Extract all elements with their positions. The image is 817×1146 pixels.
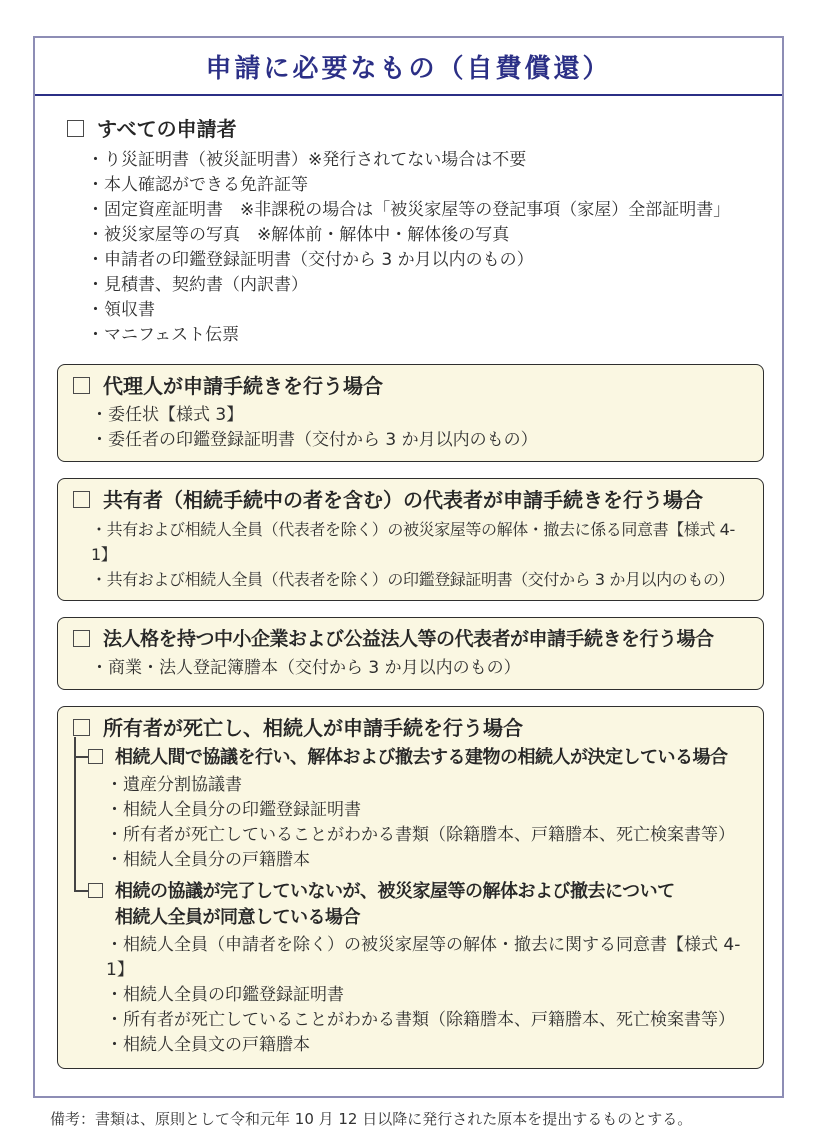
list-item: ・申請者の印鑑登録証明書（交付から 3 か月以内のもの）	[87, 248, 758, 273]
document-frame: 申請に必要なもの（自費償還） すべての申請者 ・り災証明書（被災証明書）※発行さ…	[33, 36, 784, 1098]
list-item: ・所有者が死亡していることがわかる書類（除籍謄本、戸籍謄本、死亡検案書等）	[106, 823, 749, 848]
list-item: ・相続人全員の印鑑登録証明書	[106, 983, 749, 1008]
checkbox-icon	[88, 749, 103, 764]
section-co-owners-header: 共有者（相続手続中の者を含む）の代表者が申請手続きを行う場合	[73, 487, 749, 513]
checkbox-icon	[88, 883, 103, 898]
section-heading: 所有者が死亡し、相続人が申請手続を行う場合	[103, 715, 523, 741]
section-heading: 代理人が申請手続きを行う場合	[103, 373, 383, 399]
list-item: ・相続人全員（申請者を除く）の被災家屋等の解体・撤去に関する同意書【様式 4-1…	[106, 933, 749, 983]
checkbox-icon	[67, 120, 84, 137]
subsection-heirs-consent: 相続の協議が完了していないが、被災家屋等の解体および撤去について 相続人全員が同…	[88, 879, 749, 1058]
list-item: ・委任者の印鑑登録証明書（交付から 3 か月以内のもの）	[91, 428, 749, 453]
list-item: ・見積書、契約書（内訳書）	[87, 273, 758, 298]
section-deceased-owner: 所有者が死亡し、相続人が申請手続を行う場合 相続人間で協議を行い、解体および撤去…	[57, 706, 764, 1069]
subsection-heirs-consent-header: 相続の協議が完了していないが、被災家屋等の解体および撤去について 相続人全員が同…	[88, 879, 749, 931]
list-item: ・相続人全員分の印鑑登録証明書	[106, 798, 749, 823]
list-item: ・マニフェスト伝票	[87, 323, 758, 348]
list-item: ・委任状【様式 3】	[91, 403, 749, 428]
tree-connector-branch	[74, 890, 88, 892]
list-item: ・領収書	[87, 298, 758, 323]
section-deceased-header: 所有者が死亡し、相続人が申請手続を行う場合	[73, 715, 749, 741]
list-item: ・本人確認ができる免許証等	[87, 173, 758, 198]
tree-connector-branch	[74, 756, 88, 758]
section-agent-header: 代理人が申請手続きを行う場合	[73, 373, 749, 399]
agent-list: ・委任状【様式 3】 ・委任者の印鑑登録証明書（交付から 3 か月以内のもの）	[91, 403, 749, 453]
section-heading: すべての申請者	[97, 116, 237, 142]
checkbox-icon	[73, 377, 90, 394]
list-item: ・共有および相続人全員（代表者を除く）の被災家屋等の解体・撤去に係る同意書【様式…	[91, 517, 749, 567]
section-agent: 代理人が申請手続きを行う場合 ・委任状【様式 3】 ・委任者の印鑑登録証明書（交…	[57, 364, 764, 462]
list-item: ・被災家屋等の写真 ※解体前・解体中・解体後の写真	[87, 223, 758, 248]
list-item: ・固定資産証明書 ※非課税の場合は「被災家屋等の登記事項（家屋）全部証明書」	[87, 198, 758, 223]
section-heading: 共有者（相続手続中の者を含む）の代表者が申請手続きを行う場合	[103, 487, 703, 513]
section-heading: 法人格を持つ中小企業および公益法人等の代表者が申請手続きを行う場合	[103, 626, 714, 652]
tree-connector-vertical	[74, 737, 76, 890]
section-all-applicants-header: すべての申請者	[67, 116, 758, 142]
section-corporation: 法人格を持つ中小企業および公益法人等の代表者が申請手続きを行う場合 ・商業・法人…	[57, 617, 764, 690]
subsection-heading: 相続の協議が完了していないが、被災家屋等の解体および撤去について 相続人全員が同…	[115, 879, 675, 931]
list-item: ・相続人全員分の戸籍謄本	[106, 848, 749, 873]
remark-note: 備考：書類は、原則として令和元年 10 月 12 日以降に発行された原本を提出す…	[50, 1109, 766, 1130]
corporation-list: ・商業・法人登記簿謄本（交付から 3 か月以内のもの）	[91, 656, 749, 681]
subsection-heading-line1: 相続の協議が完了していないが、被災家屋等の解体および撤去について	[115, 881, 675, 902]
list-item: ・り災証明書（被災証明書）※発行されてない場合は不要	[87, 148, 758, 173]
section-all-applicants: すべての申請者 ・り災証明書（被災証明書）※発行されてない場合は不要 ・本人確認…	[67, 116, 758, 348]
list-item: ・所有者が死亡していることがわかる書類（除籍謄本、戸籍謄本、死亡検案書等）	[106, 1008, 749, 1033]
list-item: ・商業・法人登記簿謄本（交付から 3 か月以内のもの）	[91, 656, 749, 681]
subsection-heading: 相続人間で協議を行い、解体および撤去する建物の相続人が決定している場合	[115, 745, 728, 771]
all-applicants-list: ・り災証明書（被災証明書）※発行されてない場合は不要 ・本人確認ができる免許証等…	[87, 148, 758, 348]
page-title: 申請に必要なもの（自費償還）	[205, 48, 611, 85]
subsection-heirs-decided-header: 相続人間で協議を行い、解体および撤去する建物の相続人が決定している場合	[88, 745, 749, 771]
heirs-consent-list: ・相続人全員（申請者を除く）の被災家屋等の解体・撤去に関する同意書【様式 4-1…	[106, 933, 749, 1058]
section-corporation-header: 法人格を持つ中小企業および公益法人等の代表者が申請手続きを行う場合	[73, 626, 749, 652]
checkbox-icon	[73, 491, 90, 508]
section-co-owners: 共有者（相続手続中の者を含む）の代表者が申請手続きを行う場合 ・共有および相続人…	[57, 478, 764, 601]
checkbox-icon	[73, 630, 90, 647]
list-item: ・共有および相続人全員（代表者を除く）の印鑑登録証明書（交付から 3 か月以内の…	[91, 567, 749, 592]
list-item: ・相続人全員文の戸籍謄本	[106, 1033, 749, 1058]
heirs-decided-list: ・遺産分割協議書 ・相続人全員分の印鑑登録証明書 ・所有者が死亡していることがわ…	[106, 773, 749, 873]
subsection-heading-line2: 相続人全員が同意している場合	[115, 907, 360, 928]
title-bar: 申請に必要なもの（自費償還）	[35, 38, 782, 96]
subsection-heirs-decided: 相続人間で協議を行い、解体および撤去する建物の相続人が決定している場合 ・遺産分…	[88, 745, 749, 873]
co-owners-list: ・共有および相続人全員（代表者を除く）の被災家屋等の解体・撤去に係る同意書【様式…	[91, 517, 749, 592]
list-item: ・遺産分割協議書	[106, 773, 749, 798]
checkbox-icon	[73, 719, 90, 736]
